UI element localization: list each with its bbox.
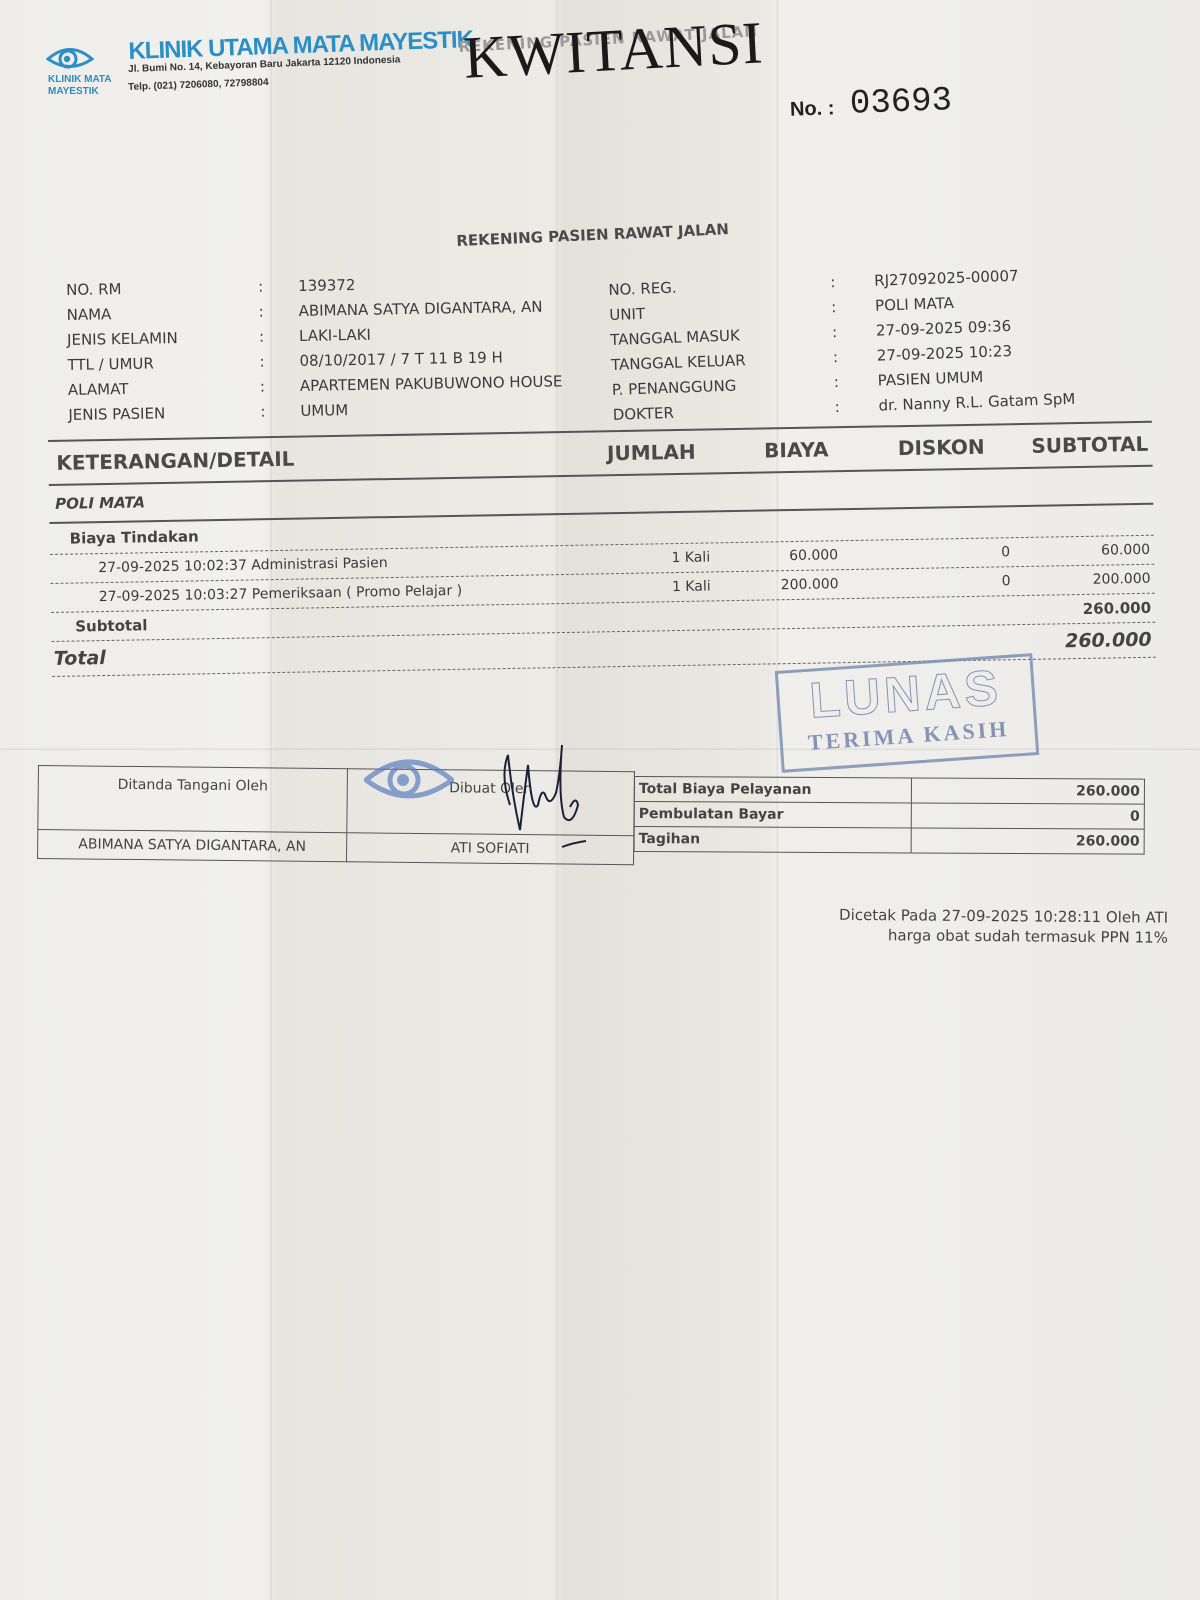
tax-note: harga obat sudah termasuk PPN 11%	[784, 924, 1168, 947]
info-colon: :	[259, 324, 299, 350]
header-subtotal: SUBTOTAL	[1016, 432, 1152, 458]
clinic-stamp-eye-icon	[364, 752, 454, 808]
item-quantity: 1 Kali	[640, 572, 710, 601]
item-cost: 60.000	[710, 541, 838, 571]
item-subtotal: 60.000	[1010, 536, 1154, 567]
info-label: NAMA	[66, 300, 258, 328]
print-info: Dicetak Pada 27-09-2025 10:28:11 Oleh AT…	[784, 904, 1168, 947]
logo-caption: KLINIK MATA MAYESTIK	[48, 74, 112, 98]
info-value: PASIEN UMUM	[877, 365, 983, 394]
info-value: LAKI-LAKI	[299, 323, 371, 349]
info-colon: :	[833, 369, 878, 396]
info-value: 27-09-2025 10:23	[876, 339, 1012, 369]
info-value: APARTEMEN PAKUBUWONO HOUSE	[300, 369, 563, 399]
subtotal-value: 260.000	[1083, 594, 1156, 623]
handwritten-signature	[490, 735, 600, 855]
summary-value: 0	[911, 803, 1144, 829]
receipt-number-label: No. :	[790, 97, 835, 122]
billing-detail-table: KETERANGAN/DETAIL JUMLAH BIAYA DISKON SU…	[48, 421, 1156, 677]
signed-by-name: ABIMANA SATYA DIGANTARA, AN	[38, 830, 347, 862]
summary-label: Total Biaya Pelayanan	[634, 777, 911, 803]
header-quantity: JUMLAH	[576, 439, 726, 466]
info-colon: :	[831, 294, 876, 321]
summary-row: Pembulatan Bayar0	[634, 802, 1144, 830]
summary-label: Tagihan	[634, 827, 911, 853]
info-colon: :	[258, 299, 298, 325]
patient-info-left: NO. RM:139372NAMA:ABIMANA SATYA DIGANTAR…	[66, 269, 563, 428]
info-colon: :	[834, 394, 879, 421]
logo-caption-line2: MAYESTIK	[48, 86, 112, 98]
info-colon: :	[832, 344, 877, 371]
info-colon: :	[260, 399, 300, 425]
info-label: TTL / UMUR	[67, 350, 259, 378]
item-subtotal: 200.000	[1010, 565, 1154, 596]
summary-row: Total Biaya Pelayanan260.000	[634, 777, 1144, 805]
signed-by-label: Ditanda Tangani Oleh	[38, 766, 348, 833]
header-discount: DISKON	[866, 434, 1016, 461]
info-value: RJ27092025-00007	[874, 264, 1019, 294]
payment-summary-table: Total Biaya Pelayanan260.000Pembulatan B…	[634, 776, 1145, 855]
info-value: ABIMANA SATYA DIGANTARA, AN	[298, 295, 542, 324]
item-quantity: 1 Kali	[640, 543, 710, 572]
summary-value: 260.000	[911, 828, 1144, 854]
info-value: UMUM	[300, 398, 348, 424]
header-description: KETERANGAN/DETAIL	[48, 442, 576, 475]
summary-value: 260.000	[911, 778, 1144, 804]
info-colon: :	[258, 274, 298, 300]
receipt-number: 03693	[849, 82, 952, 124]
info-label: JENIS PASIEN	[68, 400, 260, 428]
info-label: JENIS KELAMIN	[67, 325, 259, 353]
item-cost: 200.000	[710, 570, 838, 600]
item-discount: 0	[838, 567, 1010, 598]
summary-label: Pembulatan Bayar	[634, 802, 911, 828]
info-label: NO. RM	[66, 275, 258, 303]
info-value: 139372	[298, 273, 356, 299]
total-value: 260.000	[1065, 623, 1156, 659]
item-discount: 0	[838, 538, 1010, 569]
paid-stamp: LUNAS TERIMA KASIH	[775, 653, 1039, 773]
info-colon: :	[830, 269, 875, 296]
visit-info-right: NO. REG.:RJ27092025-00007UNIT:POLI MATAT…	[608, 262, 1076, 428]
info-value: 08/10/2017 / 7 T 11 B 19 H	[299, 345, 503, 374]
printed-at: Dicetak Pada 27-09-2025 10:28:11 Oleh AT…	[784, 904, 1168, 927]
logo-caption-line1: KLINIK MATA	[48, 74, 112, 86]
eye-icon	[46, 44, 94, 74]
info-value: POLI MATA	[875, 291, 955, 319]
info-colon: :	[260, 374, 300, 400]
summary-row: Tagihan260.000	[634, 827, 1144, 855]
header-cost: BIAYA	[726, 437, 866, 463]
info-colon: :	[832, 319, 877, 346]
info-colon: :	[259, 349, 299, 375]
info-label: ALAMAT	[68, 375, 260, 403]
